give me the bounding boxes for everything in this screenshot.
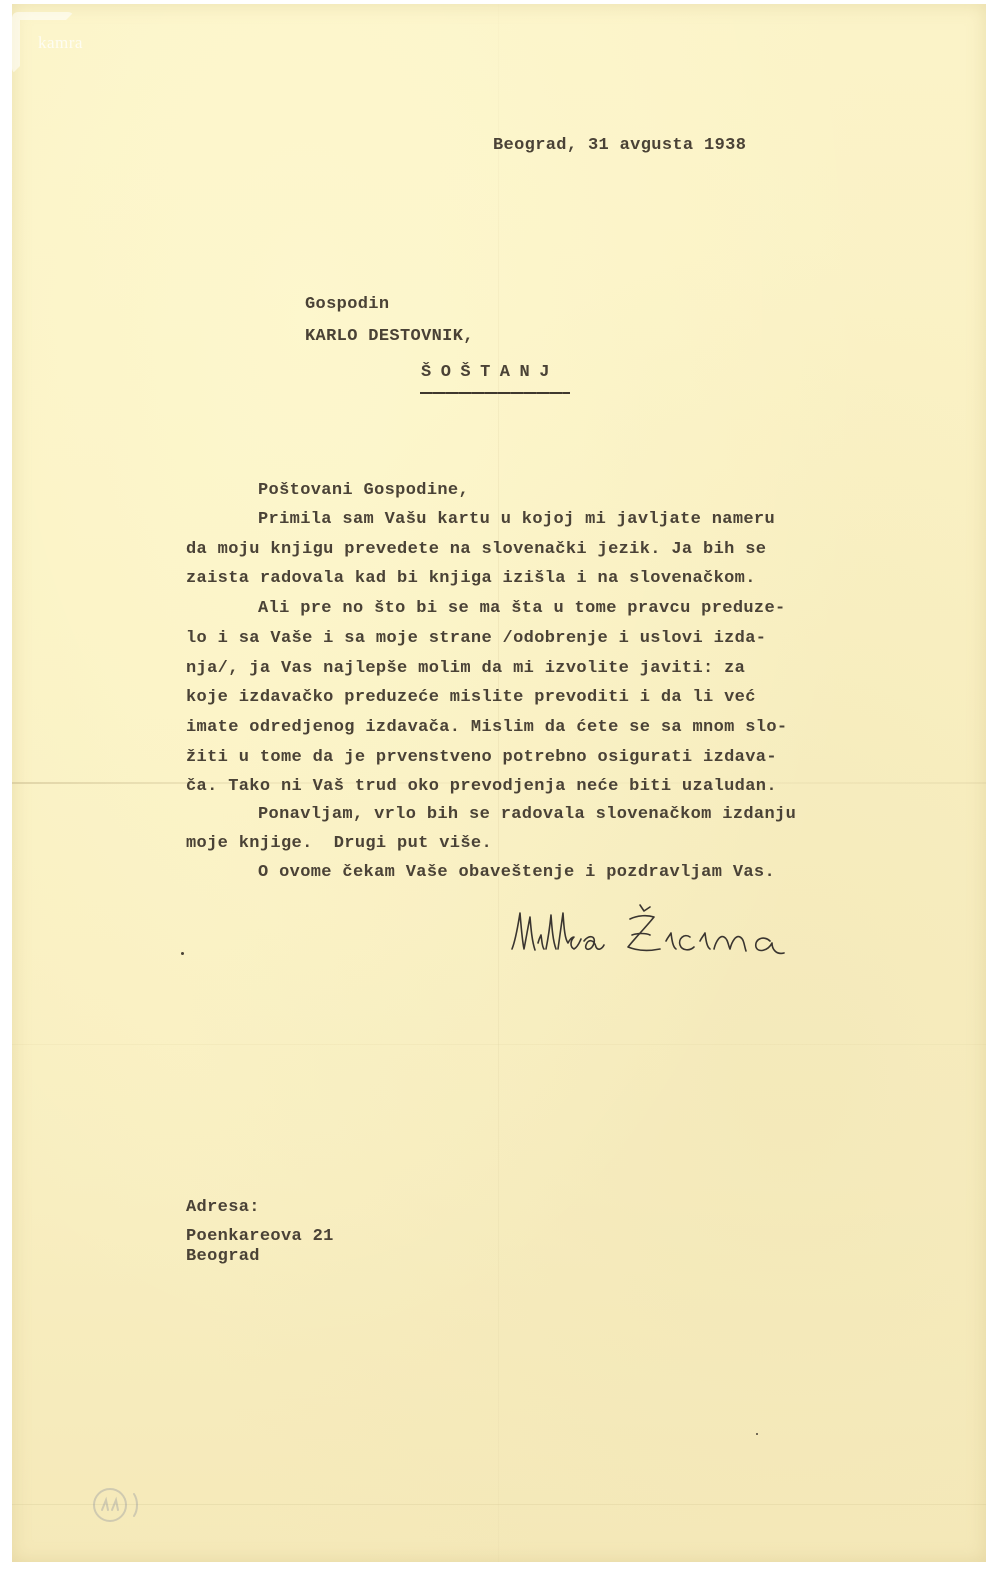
body-line: da moju knjigu prevedete na slovenački j… (186, 541, 766, 558)
watermark-text: kamra (38, 33, 83, 53)
recipient-city: ŠOŠTANJ (421, 364, 559, 381)
body-line: Primila sam Vašu kartu u kojoj mi javlja… (258, 511, 775, 528)
letter-greeting: Poštovani Gospodine, (258, 482, 469, 499)
body-line: O ovome čekam Vaše obaveštenje i pozdrav… (258, 864, 775, 881)
address-city: Beograd (186, 1248, 260, 1265)
body-line: žiti u tome da je prvenstveno potrebno o… (186, 749, 777, 766)
body-line: lo i sa Vaše i sa moje strane /odobrenje… (186, 630, 766, 647)
paper-crease (12, 1044, 986, 1045)
address-label: Adresa: (186, 1199, 260, 1216)
body-line: ča. Tako ni Vaš trud oko prevodjenja neć… (186, 778, 777, 795)
ink-speck (181, 952, 184, 955)
pencil-archive-mark (88, 1480, 148, 1530)
handwritten-signature (508, 895, 818, 975)
recipient-name: KARLO DESTOVNIK, (305, 328, 474, 345)
body-line: Ponavljam, vrlo bih se radovala slovenač… (258, 806, 796, 823)
body-line: Ali pre no što bi se ma šta u tome pravc… (258, 600, 786, 617)
letter-date: Beograd, 31 avgusta 1938 (493, 137, 746, 154)
body-line: moje knjige. Drugi put više. (186, 835, 492, 852)
address-street: Poenkareova 21 (186, 1228, 334, 1245)
paper-crease-bottom (12, 1504, 986, 1505)
ink-speck (756, 1433, 758, 1435)
recipient-title: Gospodin (305, 296, 389, 313)
body-line: imate odredjenog izdavača. Mislim da ćet… (186, 719, 787, 736)
city-underline (420, 392, 570, 394)
body-line: koje izdavačko preduzeće mislite prevodi… (186, 689, 756, 706)
body-line: zaista radovala kad bi knjiga izišla i n… (186, 570, 756, 587)
body-line: nja/, ja Vas najlepše molim da mi izvoli… (186, 660, 745, 677)
